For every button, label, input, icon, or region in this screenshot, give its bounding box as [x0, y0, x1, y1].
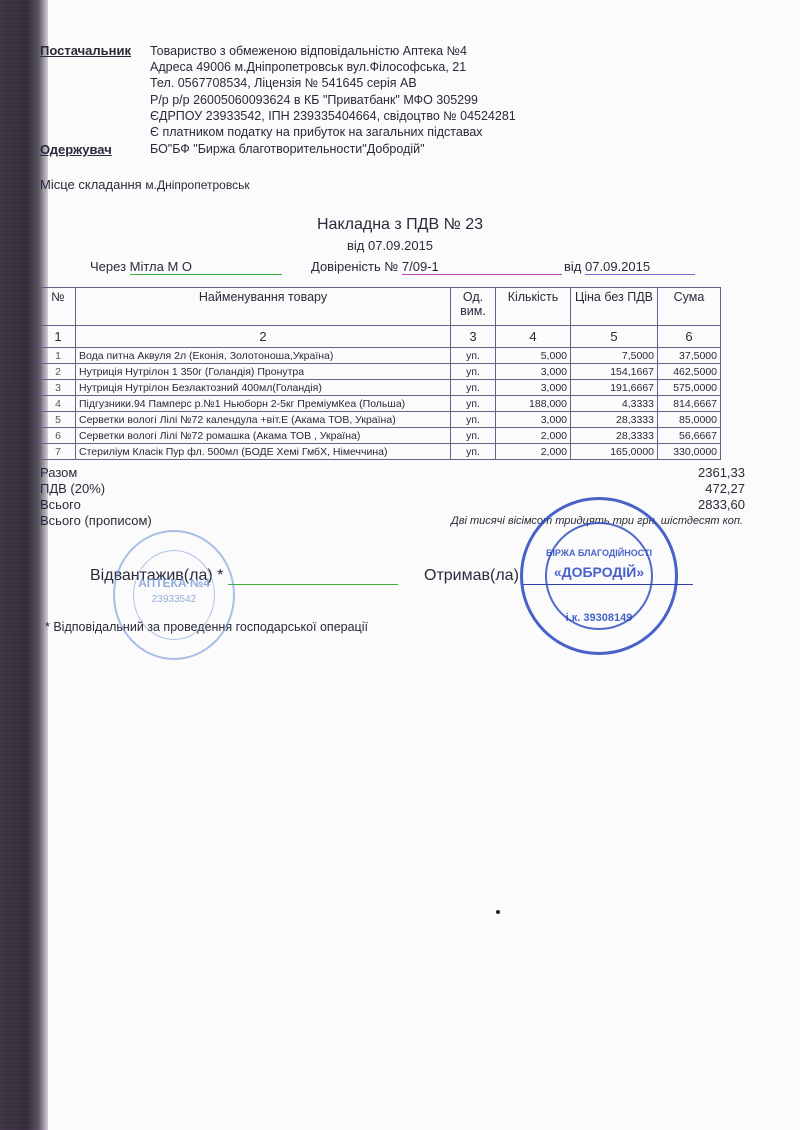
line-sum: 37,5000 [658, 348, 721, 364]
table-row: 7Стериліум Класік Пур фл. 500мл (БОДЕ Хе… [41, 444, 721, 460]
price-without-vat: 4,3333 [571, 396, 658, 412]
scan-speck [496, 910, 500, 914]
line-sum: 462,5000 [658, 364, 721, 380]
recipient-stamp-title: «ДОБРОДІЙ» [523, 564, 675, 580]
scan-shadow-edge [0, 0, 48, 1130]
table-row: 1Вода питна Аквуля 2л (Еконія, Золотонош… [41, 348, 721, 364]
via-value: Мітла М О [130, 259, 282, 275]
received-by-label: Отримав(ла) [424, 567, 519, 584]
price-without-vat: 7,5000 [571, 348, 658, 364]
row-number: 5 [41, 412, 76, 428]
product-name: Вода питна Аквуля 2л (Еконія, Золотоноша… [76, 348, 451, 364]
power-of-attorney-field: Довіреність № 7/09-1 [311, 259, 562, 275]
product-name: Серветки вологі Лілі №72 ромашка (Акама … [76, 428, 451, 444]
quantity: 3,000 [496, 380, 571, 396]
shipped-by-signature-line [228, 570, 398, 585]
subtotal-label: Разом [40, 465, 152, 481]
row-number: 4 [41, 396, 76, 412]
supplier-line: Є платником податку на прибуток на загал… [150, 124, 516, 140]
invoice-title: Накладна з ПДВ № 23 [0, 216, 800, 234]
unit: уп. [451, 444, 496, 460]
supplier-stamp-code: 23933542 [115, 594, 233, 605]
col-number: 3 [451, 326, 496, 348]
total-value: 2833,60 [698, 497, 745, 513]
col-number: 5 [571, 326, 658, 348]
col-header-name: Найменування товару [76, 288, 451, 326]
place-value: м.Дніпропетровськ [145, 178, 249, 192]
col-number: 6 [658, 326, 721, 348]
col-header-price: Ціна без ПДВ [571, 288, 658, 326]
quantity: 2,000 [496, 444, 571, 460]
row-number: 3 [41, 380, 76, 396]
unit: уп. [451, 428, 496, 444]
recipient-stamp-subtitle: БІРЖА БЛАГОДІЙНОСТІ [523, 548, 675, 558]
price-without-vat: 28,3333 [571, 412, 658, 428]
table-row: 5Серветки вологі Лілі №72 календула +віт… [41, 412, 721, 428]
recipient-label: Одержувач [40, 142, 112, 157]
product-name: Підгузники.94 Памперс р.№1 Ньюборн 2-5кг… [76, 396, 451, 412]
column-numbers-row: 1 2 3 4 5 6 [41, 326, 721, 348]
goods-table: № Найменування товару Од. вим. Кількість… [40, 287, 721, 460]
supplier-line: Р/р р/р 26005060093624 в КБ "Приватбанк"… [150, 92, 516, 108]
via-field: Через Мітла М О [90, 259, 282, 275]
col-number: 4 [496, 326, 571, 348]
col-number: 2 [76, 326, 451, 348]
invoice-date: від 07.09.2015 [0, 238, 780, 253]
supplier-details: Товариство з обмеженою відповідальністю … [150, 43, 516, 140]
totals-values: 2361,33 472,27 2833,60 [698, 465, 745, 513]
row-number: 1 [41, 348, 76, 364]
via-label: Через [90, 259, 126, 274]
quantity: 2,000 [496, 428, 571, 444]
unit: уп. [451, 364, 496, 380]
supplier-line: Адреса 49006 м.Дніпропетровськ вул.Філос… [150, 59, 516, 75]
total-label: Всього [40, 497, 152, 513]
power-label: Довіреність № [311, 259, 398, 274]
totals-labels: Разом ПДВ (20%) Всього Всього (прописом) [40, 465, 152, 529]
recipient-value: БО"БФ "Биржа благотворительности"Доброді… [150, 142, 425, 156]
quantity: 5,000 [496, 348, 571, 364]
price-without-vat: 165,0000 [571, 444, 658, 460]
supplier-line: Товариство з обмеженою відповідальністю … [150, 43, 516, 59]
col-header-qty: Кількість [496, 288, 571, 326]
supplier-label: Постачальник [40, 43, 131, 58]
price-without-vat: 28,3333 [571, 428, 658, 444]
table-row: 2Нутриція Нутрілон 1 350г (Голандія) Про… [41, 364, 721, 380]
supplier-stamp-text: АПТЕКА №4 [115, 576, 233, 590]
unit: уп. [451, 380, 496, 396]
row-number: 6 [41, 428, 76, 444]
row-number: 2 [41, 364, 76, 380]
unit: уп. [451, 396, 496, 412]
price-without-vat: 191,6667 [571, 380, 658, 396]
power-value: 7/09-1 [402, 259, 562, 275]
product-name: Нутриція Нутрілон Безлактозний 400мл(Гол… [76, 380, 451, 396]
col-header-unit: Од. вим. [451, 288, 496, 326]
unit: уп. [451, 412, 496, 428]
power-date-label: від [564, 259, 581, 274]
col-header-number: № [41, 288, 76, 326]
product-name: Стериліум Класік Пур фл. 500мл (БОДЕ Хем… [76, 444, 451, 460]
line-sum: 330,0000 [658, 444, 721, 460]
table-row: 4Підгузники.94 Памперс р.№1 Ньюборн 2-5к… [41, 396, 721, 412]
supplier-line: ЄДРПОУ 23933542, ІПН 239335404664, свідо… [150, 108, 516, 124]
line-sum: 575,0000 [658, 380, 721, 396]
vat-value: 472,27 [698, 481, 745, 497]
place-of-issue: Місце складання м.Дніпропетровськ [40, 177, 250, 192]
col-number: 1 [41, 326, 76, 348]
table-header-row: № Найменування товару Од. вим. Кількість… [41, 288, 721, 326]
line-sum: 85,0000 [658, 412, 721, 428]
quantity: 3,000 [496, 412, 571, 428]
row-number: 7 [41, 444, 76, 460]
place-label: Місце складання [40, 177, 142, 192]
power-date-field: від 07.09.2015 [564, 259, 695, 275]
subtotal-value: 2361,33 [698, 465, 745, 481]
price-without-vat: 154,1667 [571, 364, 658, 380]
product-name: Серветки вологі Лілі №72 календула +віт.… [76, 412, 451, 428]
table-row: 6Серветки вологі Лілі №72 ромашка (Акама… [41, 428, 721, 444]
line-sum: 814,6667 [658, 396, 721, 412]
quantity: 188,000 [496, 396, 571, 412]
product-name: Нутриція Нутрілон 1 350г (Голандія) Прон… [76, 364, 451, 380]
recipient-stamp: БІРЖА БЛАГОДІЙНОСТІ «ДОБРОДІЙ» і.к. 3930… [520, 497, 678, 655]
quantity: 3,000 [496, 364, 571, 380]
power-date-value: 07.09.2015 [585, 259, 695, 275]
unit: уп. [451, 348, 496, 364]
table-row: 3Нутриція Нутрілон Безлактозний 400мл(Го… [41, 380, 721, 396]
recipient-stamp-code: і.к. 39308149 [523, 612, 675, 624]
total-words-label: Всього (прописом) [40, 513, 152, 529]
vat-label: ПДВ (20%) [40, 481, 152, 497]
supplier-line: Тел. 0567708534, Ліцензія № 541645 серія… [150, 75, 516, 91]
col-header-sum: Сума [658, 288, 721, 326]
supplier-stamp: АПТЕКА №4 23933542 [113, 530, 235, 660]
line-sum: 56,6667 [658, 428, 721, 444]
